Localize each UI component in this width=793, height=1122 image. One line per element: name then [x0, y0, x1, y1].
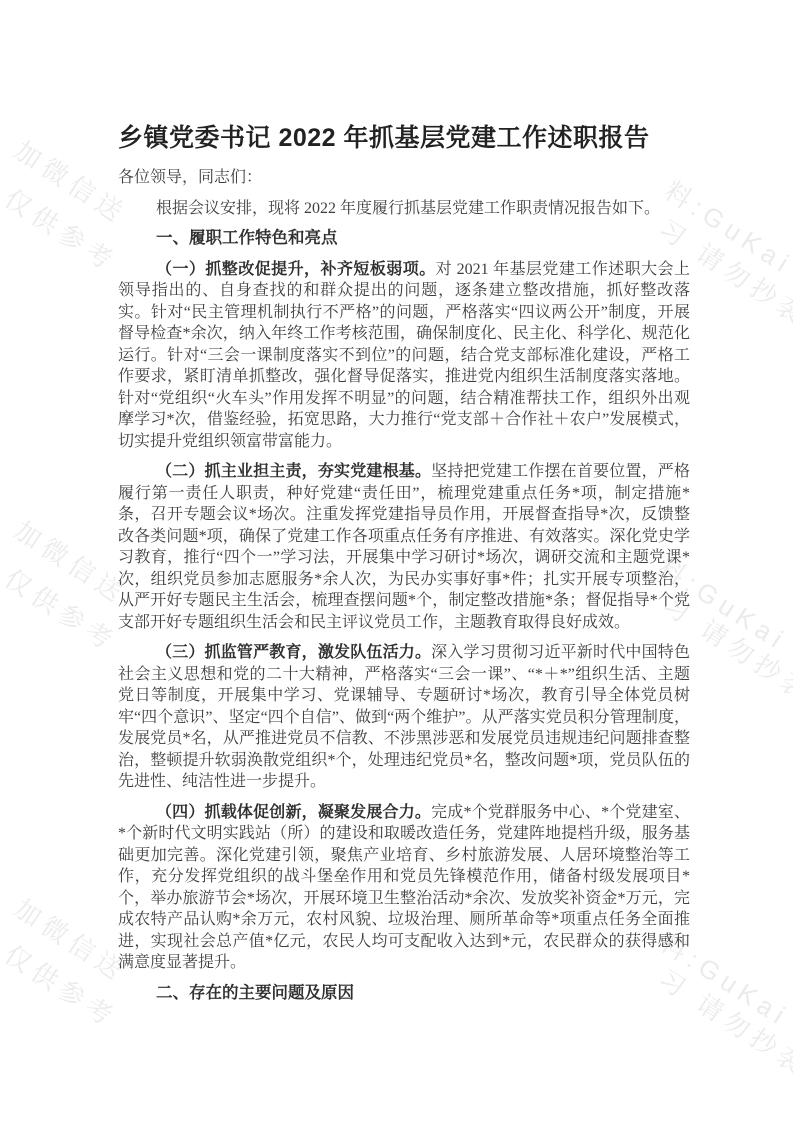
paragraph-1: （一）抓整改促提升，补齐短板弱项。对 2021 年基层党建工作述职大会上领导指出…	[118, 259, 690, 453]
watermark-left-line2: 仅供参考	[0, 179, 125, 280]
section-1-heading: 一、履职工作特色和亮点	[118, 228, 690, 250]
watermark-left-line1: 加微信送	[8, 889, 136, 990]
intro-paragraph: 根据会议安排，现将 2022 年度履行抓基层党建工作职责情况报告如下。	[118, 198, 690, 220]
document-page: 加微信送 仅供参考 料:GuKai 习 请勿抄袭 加微信送 仅供参考 料:GuK…	[0, 0, 793, 1122]
document-title: 乡镇党委书记 2022 年抓基层党建工作述职报告	[118, 122, 690, 154]
salutation: 各位领导，同志们：	[118, 167, 690, 189]
watermark-left-line2: 仅供参考	[0, 935, 125, 1036]
paragraph-2-text: 坚持把党建工作摆在首要位置，严格履行第一责任人职责，种好党建“责任田”，梳理党建…	[118, 463, 690, 631]
paragraph-4-text: 完成*个党群服务中心、*个党建室、*个新时代文明实践站（所）的建设和取暖改造任务…	[118, 804, 690, 972]
paragraph-2-lead: （二）抓主业担主责，夯实党建根基。	[156, 463, 431, 480]
paragraph-1-text: 对 2021 年基层党建工作述职大会上领导指出的、自身查找的和群众提出的问题，逐…	[118, 261, 690, 450]
paragraph-3-lead: （三）抓监管严教育，激发队伍活力。	[156, 644, 431, 661]
paragraph-4: （四）抓载体促创新，凝聚发展合力。完成*个党群服务中心、*个党建室、*个新时代文…	[118, 802, 690, 974]
paragraph-2: （二）抓主业担主责，夯实党建根基。坚持把党建工作摆在首要位置，严格履行第一责任人…	[118, 461, 690, 633]
paragraph-3-text: 深入学习贯彻习近平新时代中国特色社会主义思想和党的二十大精神，严格落实“三会一课…	[118, 644, 690, 790]
watermark-left-line1: 加微信送	[8, 131, 136, 232]
paragraph-4-lead: （四）抓载体促创新，凝聚发展合力。	[156, 804, 431, 821]
paragraph-3: （三）抓监管严教育，激发队伍活力。深入学习贯彻习近平新时代中国特色社会主义思想和…	[118, 642, 690, 793]
watermark-left-line2: 仅供参考	[0, 559, 125, 660]
paragraph-1-lead: （一）抓整改促提升，补齐短板弱项。	[156, 261, 436, 278]
document-body: 乡镇党委书记 2022 年抓基层党建工作述职报告 各位领导，同志们： 根据会议安…	[118, 122, 690, 1013]
watermark-left-line1: 加微信送	[8, 511, 136, 612]
section-2-heading: 二、存在的主要问题及原因	[118, 983, 690, 1005]
